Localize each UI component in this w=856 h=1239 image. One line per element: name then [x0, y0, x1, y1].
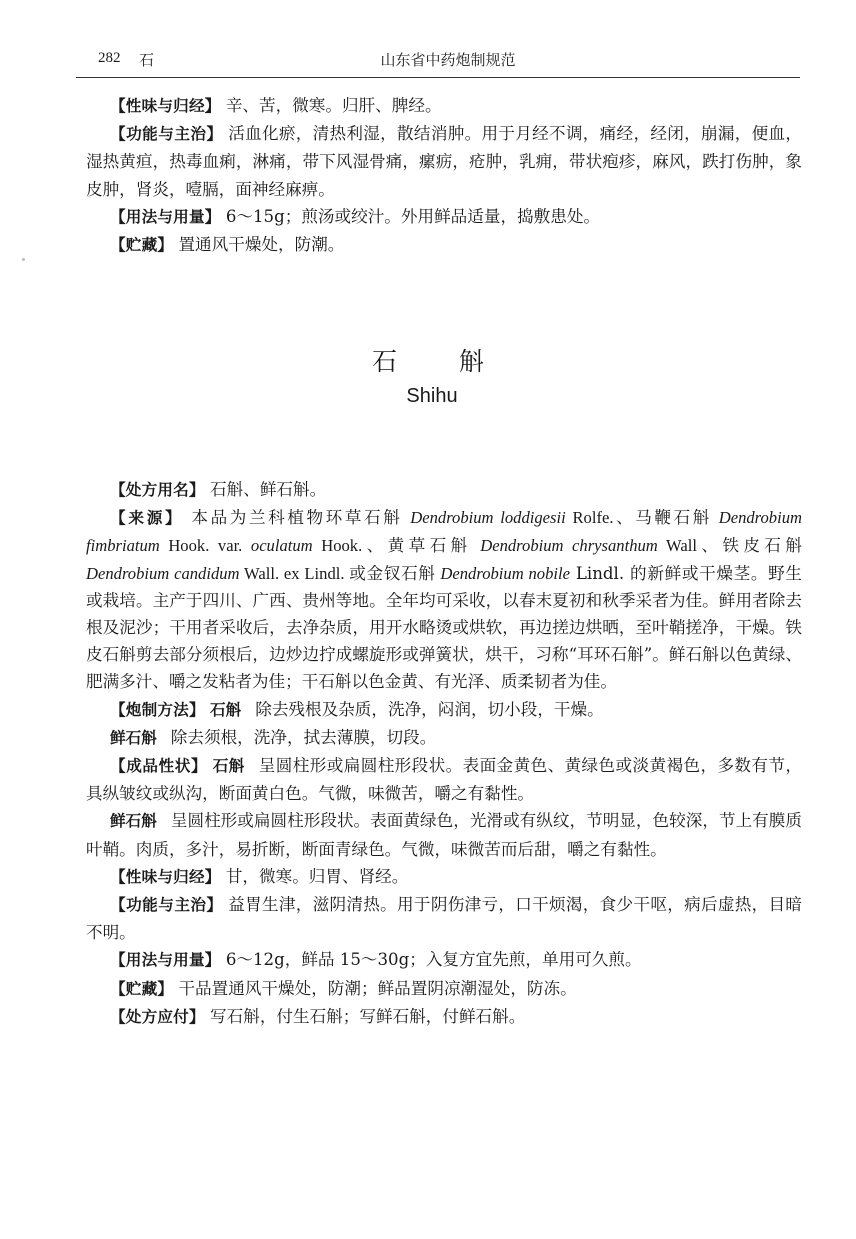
item-name: 鲜石斛 [110, 812, 157, 830]
section-label: 【成品性状】 [110, 757, 207, 775]
entry-title-char-2: 斛 [459, 342, 484, 378]
prev-functions: 【功能与主治】 活血化瘀，清热利湿，散结消肿。用于月经不调，痛经，经闭，崩漏，便… [86, 120, 802, 203]
dispensing: 【处方应付】 写石斛，付生石斛；写鲜石斛，付鲜石斛。 [86, 1003, 802, 1031]
section-text: 辛、苦，微寒。归肝、脾经。 [226, 96, 442, 115]
source-text: Wall、铁皮石斛 [658, 536, 802, 555]
header-rule [76, 77, 800, 78]
item-text: 除去残根及杂质，洗净，闷润，切小段，干燥。 [255, 700, 603, 719]
section-label: 【贮藏】 [110, 236, 173, 254]
section-label: 【功能与主治】 [110, 896, 223, 914]
section-label: 【用法与用量】 [110, 951, 221, 969]
section-label: 【功能与主治】 [110, 125, 223, 143]
running-title: 山东省中药炮制规范 [76, 49, 800, 70]
processing-method-fresh: 鲜石斛除去须根，洗净，拭去薄膜，切段。 [86, 724, 802, 752]
source-text: Rolfe.、马鞭石斛 [566, 508, 719, 527]
variety-name: oculatum [251, 536, 313, 555]
processing-method: 【炮制方法】 石斛除去残根及杂质，洗净，闷润，切小段，干燥。 [86, 696, 802, 724]
species-name: Dendrobium nobile [440, 564, 570, 583]
section-text: 置通风干燥处，防潮。 [178, 235, 344, 254]
storage: 【贮藏】 干品置通风干燥处，防潮；鲜品置阴凉潮湿处，防冻。 [86, 975, 802, 1003]
section-text: 石斛、鲜石斛。 [210, 480, 326, 499]
section-text: 干品置通风干燥处，防潮；鲜品置阴凉潮湿处，防冻。 [178, 979, 576, 998]
item-text: 呈圆柱形或扁圆柱形段状。表面黄绿色，光滑或有纵纹，节明显，色较深，节上有膜质叶鞘… [86, 811, 802, 858]
section-label: 【处方用名】 [110, 481, 205, 499]
prescription-names: 【处方用名】 石斛、鲜石斛。 [86, 476, 802, 504]
product-traits-fresh: 鲜石斛呈圆柱形或扁圆柱形段状。表面黄绿色，光滑或有纵纹，节明显，色较深，节上有膜… [86, 807, 802, 862]
prev-dosage: 【用法与用量】 6～15g；煎汤或绞汁。外用鲜品适量，捣敷患处。 [86, 203, 802, 231]
functions: 【功能与主治】 益胃生津，滋阴清热。用于阴伤津亏，口干烦渴，食少干呕，病后虚热，… [86, 891, 802, 946]
section-label: 【性味与归经】 [110, 97, 221, 115]
entry-pinyin: Shihu [0, 385, 856, 408]
product-traits: 【成品性状】 石斛呈圆柱形或扁圆柱形段状。表面金黄色、黄绿色或淡黄褐色，多数有节… [86, 752, 802, 807]
source-text: Hook. var. [160, 536, 251, 555]
item-name: 石斛 [210, 701, 241, 719]
section-text: 6～15g；煎汤或绞汁。外用鲜品适量，捣敷患处。 [226, 207, 600, 226]
source-text: Hook.、黄草石斛 [313, 536, 481, 555]
nature-meridian: 【性味与归经】 甘，微寒。归胃、肾经。 [86, 863, 802, 891]
page-header: 282 石 山东省中药炮制规范 [76, 44, 800, 78]
species-name: Dendrobium loddigesii [410, 508, 565, 527]
prev-nature-meridian: 【性味与归经】 辛、苦，微寒。归肝、脾经。 [86, 92, 802, 120]
section-label: 【来源】 [110, 509, 184, 527]
item-name: 鲜石斛 [110, 729, 157, 747]
prev-storage: 【贮藏】 置通风干燥处，防潮。 [86, 231, 802, 259]
item-text: 除去须根，洗净，拭去薄膜，切段。 [171, 728, 437, 747]
scan-speck [22, 258, 25, 261]
source: 【来源】 本品为兰科植物环草石斛 Dendrobium loddigesii R… [86, 504, 802, 695]
section-label: 【处方应付】 [110, 1008, 205, 1026]
dosage: 【用法与用量】 6～12g，鲜品 15～30g；入复方宜先煎，单用可久煎。 [86, 946, 802, 974]
section-text: 甘，微寒。归胃、肾经。 [226, 867, 409, 886]
source-text: Wall. ex Lindl. 或金钗石斛 [240, 564, 441, 583]
section-text: 写石斛，付生石斛；写鲜石斛，付鲜石斛。 [210, 1007, 525, 1026]
entry-title: 石斛 [0, 342, 856, 378]
section-text: 6～12g，鲜品 15～30g；入复方宜先煎，单用可久煎。 [226, 950, 642, 969]
species-name: Dendrobium candidum [86, 564, 240, 583]
section-label: 【贮藏】 [110, 980, 173, 998]
previous-entry: 【性味与归经】 辛、苦，微寒。归肝、脾经。 【功能与主治】 活血化瘀，清热利湿，… [86, 92, 802, 259]
item-name: 石斛 [213, 757, 245, 775]
source-text: 本品为兰科植物环草石斛 [191, 508, 410, 527]
section-label: 【用法与用量】 [110, 208, 221, 226]
section-label: 【炮制方法】 [110, 701, 205, 719]
species-name: Dendrobium chrysanthum [480, 536, 658, 555]
entry-body: 【处方用名】 石斛、鲜石斛。 【来源】 本品为兰科植物环草石斛 Dendrobi… [86, 476, 802, 1031]
entry-title-char-1: 石 [372, 342, 397, 378]
section-label: 【性味与归经】 [110, 868, 221, 886]
